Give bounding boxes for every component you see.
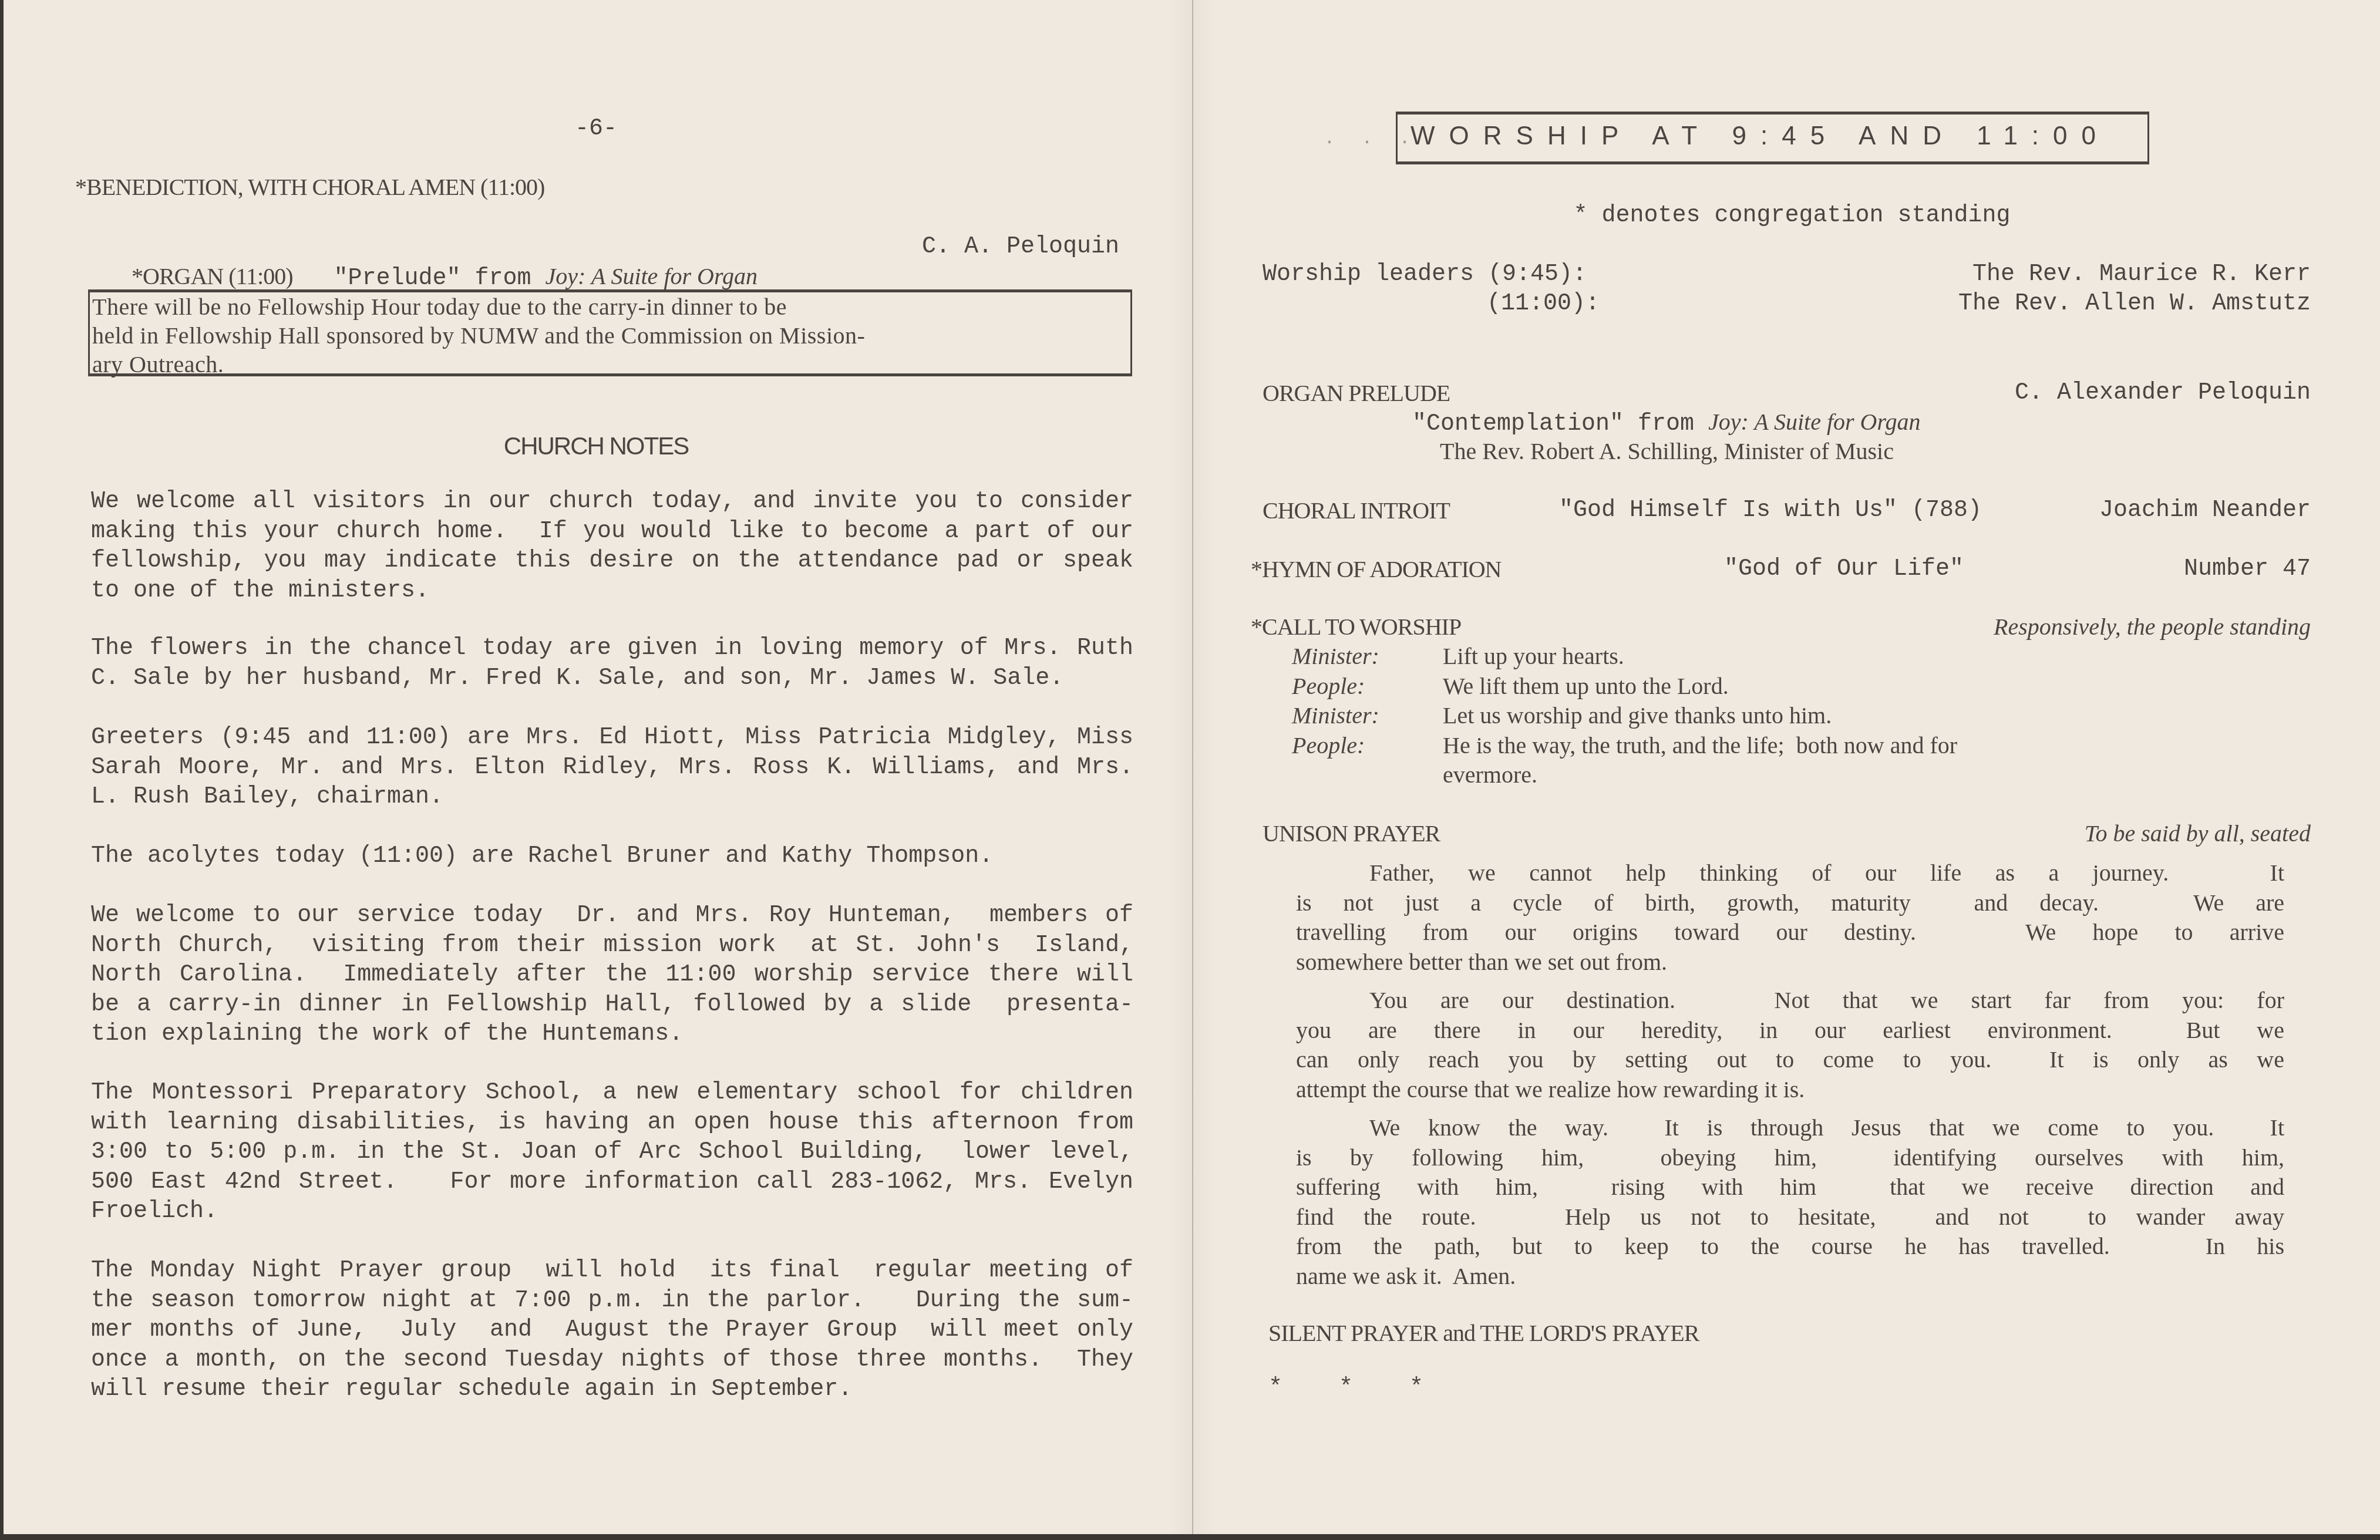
unison-prayer-text: Father, we cannot help thinking of our l… <box>1296 858 2284 1291</box>
fellowship-notice-line: ary Outreach. <box>92 350 224 379</box>
prayer-line: travelling from our origins toward our d… <box>1296 918 2284 948</box>
worship-title-box: WORSHIP AT 9:45 AND 11:00 <box>1396 112 2149 164</box>
church-note-line: L. Rush Bailey, chairman. <box>91 783 1133 813</box>
church-note-line: North Church, visiting from their missio… <box>91 931 1133 961</box>
prayer-paragraph: Father, we cannot help thinking of our l… <box>1296 858 2284 977</box>
prayer-line: You are our destination. Not that we sta… <box>1296 986 2284 1016</box>
standing-note: * denotes congregation standing <box>1204 201 2380 231</box>
organ-piece-work: Joy: A Suite for Organ <box>546 263 758 289</box>
call-to-worship-row: *CALL TO WORSHIP Responsively, the peopl… <box>1251 612 2311 642</box>
organ-label: *ORGAN (11:00) <box>132 263 293 289</box>
response-speaker: People: <box>1292 731 1365 761</box>
prayer-line: you are there in our heredity, in our ea… <box>1296 1016 2284 1046</box>
organ-prelude-title: "Contemplation" from <box>1412 411 1708 437</box>
worship-leader-row: (11:00): The Rev. Allen W. Amstutz <box>1263 289 2311 319</box>
prayer-line: suffering with him, rising with him that… <box>1296 1172 2284 1202</box>
organ-prelude-row: ORGAN PRELUDE C. Alexander Peloquin <box>1263 379 2311 408</box>
prayer-line: name we ask it. Amen. <box>1296 1262 2284 1292</box>
church-note-line: The flowers in the chancel today are giv… <box>91 634 1133 664</box>
scan-frame-left <box>0 0 4 1540</box>
church-note-paragraph: Greeters (9:45 and 11:00) are Mrs. Ed Hi… <box>91 723 1133 813</box>
church-note-paragraph: We welcome all visitors in our church to… <box>91 487 1133 606</box>
church-note-line: fellowship, you may indicate this desire… <box>91 547 1133 577</box>
organ-prelude-work: Joy: A Suite for Organ <box>1708 409 1920 435</box>
response-text: Lift up your hearts. <box>1443 642 1624 672</box>
prayer-paragraph: We know the way. It is through Jesus tha… <box>1296 1113 2284 1291</box>
prayer-paragraph: You are our destination. Not that we sta… <box>1296 986 2284 1104</box>
church-note-paragraph: We welcome to our service today Dr. and … <box>91 901 1133 1050</box>
church-note-line: Froelich. <box>91 1197 1133 1227</box>
call-to-worship-direction: Responsively, the people standing <box>1994 612 2311 642</box>
call-to-worship-label: *CALL TO WORSHIP <box>1251 612 1461 642</box>
church-note-line: Sarah Moore, Mr. and Mrs. Elton Ridley, … <box>91 753 1133 783</box>
page-gutter-divider <box>1192 0 1193 1534</box>
prayer-line: We know the way. It is through Jesus tha… <box>1296 1113 2284 1143</box>
church-note-line: We welcome all visitors in our church to… <box>91 487 1133 517</box>
church-note-paragraph: The flowers in the chancel today are giv… <box>91 634 1133 693</box>
church-note-line: The acolytes today (11:00) are Rachel Br… <box>91 842 1133 872</box>
scan-frame-bottom <box>0 1534 2380 1540</box>
church-note-line: We welcome to our service today Dr. and … <box>91 901 1133 931</box>
response-speaker: Minister: <box>1292 701 1379 731</box>
church-note-line: once a month, on the second Tuesday nigh… <box>91 1346 1133 1376</box>
silent-prayer-line: SILENT PRAYER and THE LORD'S PRAYER <box>1268 1319 1699 1348</box>
church-note-line: The Montessori Preparatory School, a new… <box>91 1079 1133 1108</box>
prayer-line: can only reach you by setting out to com… <box>1296 1045 2284 1075</box>
church-note-line: Greeters (9:45 and 11:00) are Mrs. Ed Hi… <box>91 723 1133 753</box>
prayer-line: find the route. Help us not to hesitate,… <box>1296 1202 2284 1232</box>
choral-introit-row: CHORAL INTROIT "God Himself Is with Us" … <box>1263 496 2311 525</box>
church-note-line: with learning disabilities, is having an… <box>91 1108 1133 1138</box>
benediction-line: *BENEDICTION, WITH CHORAL AMEN (11:00) <box>75 173 544 202</box>
prayer-line: is by following him, obeying him, identi… <box>1296 1143 2284 1173</box>
church-notes-heading: CHURCH NOTES <box>0 432 1192 461</box>
response-text: evermore. <box>1443 760 1537 790</box>
church-note-line: C. Sale by her husband, Mr. Fred K. Sale… <box>91 664 1133 694</box>
choral-introit-title: "God Himself Is with Us" (788) <box>1559 496 1982 525</box>
response-text: Let us worship and give thanks unto him. <box>1443 701 1832 731</box>
church-note-line: be a carry-in dinner in Fellowship Hall,… <box>91 990 1133 1020</box>
closing-asterisks: * * * <box>1268 1374 1423 1403</box>
prayer-line: from the path, but to keep to the course… <box>1296 1232 2284 1262</box>
organ-prelude-label: ORGAN PRELUDE <box>1263 379 1450 408</box>
hymn-number: Number 47 <box>2184 555 2311 584</box>
hymn-title: "God of Our Life" <box>1724 555 1964 584</box>
hymn-label: *HYMN OF ADORATION <box>1251 555 1501 584</box>
church-note-paragraph: The Monday Night Prayer group will hold … <box>91 1256 1133 1405</box>
church-note-line: tion explaining the work of the Hunteman… <box>91 1020 1133 1050</box>
response-text: We lift them up unto the Lord. <box>1443 672 1729 702</box>
organ-prelude-performer: The Rev. Robert A. Schilling, Minister o… <box>1440 437 1894 466</box>
organ-prelude-composer: C. Alexander Peloquin <box>2015 379 2311 408</box>
prayer-line: somewhere better than we set out from. <box>1296 948 2284 978</box>
organ-composer: C. A. Peloquin <box>922 232 1119 262</box>
unison-prayer-row: UNISON PRAYER To be said by all, seated <box>1263 819 2311 848</box>
prayer-line: is not just a cycle of birth, growth, ma… <box>1296 888 2284 918</box>
church-note-line: to one of the ministers. <box>91 577 1133 606</box>
fellowship-notice-line: held in Fellowship Hall sponsored by NUM… <box>92 321 865 351</box>
church-note-line: The Monday Night Prayer group will hold … <box>91 1256 1133 1286</box>
church-note-line: the season tomorrow night at 7:00 p.m. i… <box>91 1286 1133 1316</box>
prayer-line: Father, we cannot help thinking of our l… <box>1296 858 2284 888</box>
church-note-line: 500 East 42nd Street. For more informati… <box>91 1168 1133 1198</box>
response-speaker: Minister: <box>1292 642 1379 672</box>
organ-piece-title: "Prelude" from <box>334 265 546 292</box>
church-note-line: making this your church home. If you wou… <box>91 517 1133 547</box>
leader-label: (11:00): <box>1487 289 1600 319</box>
worship-title: WORSHIP AT 9:45 AND 11:00 <box>1411 122 2110 151</box>
leader-name: The Rev. Allen W. Amstutz <box>1958 289 2311 319</box>
page-number: -6- <box>0 114 1192 144</box>
church-note-paragraph: The acolytes today (11:00) are Rachel Br… <box>91 842 1133 872</box>
unison-prayer-label: UNISON PRAYER <box>1263 819 1440 848</box>
fellowship-notice-line: There will be no Fellowship Hour today d… <box>92 292 787 322</box>
church-note-line: 3:00 to 5:00 p.m. in the St. Joan of Arc… <box>91 1138 1133 1168</box>
leader-name: The Rev. Maurice R. Kerr <box>1972 260 2311 289</box>
church-note-line: will resume their regular schedule again… <box>91 1375 1133 1405</box>
church-note-line: North Carolina. Immediately after the 11… <box>91 961 1133 990</box>
hymn-row: *HYMN OF ADORATION "God of Our Life" Num… <box>1251 555 2311 584</box>
leader-label: Worship leaders (9:45): <box>1263 260 1587 289</box>
organ-prelude-piece: "Contemplation" from Joy: A Suite for Or… <box>1412 407 1921 439</box>
church-note-line: mer months of June, July and August the … <box>91 1316 1133 1346</box>
worship-leader-row: Worship leaders (9:45): The Rev. Maurice… <box>1263 260 2311 289</box>
choral-introit-label: CHORAL INTROIT <box>1263 496 1450 525</box>
prayer-line: attempt the course that we realize how r… <box>1296 1075 2284 1105</box>
unison-prayer-direction: To be said by all, seated <box>2085 819 2311 848</box>
fellowship-notice-box: There will be no Fellowship Hour today d… <box>88 289 1132 376</box>
choral-introit-composer: Joachim Neander <box>2099 496 2311 525</box>
church-note-paragraph: The Montessori Preparatory School, a new… <box>91 1079 1133 1227</box>
response-speaker: People: <box>1292 672 1365 702</box>
response-text: He is the way, the truth, and the life; … <box>1443 731 1957 761</box>
